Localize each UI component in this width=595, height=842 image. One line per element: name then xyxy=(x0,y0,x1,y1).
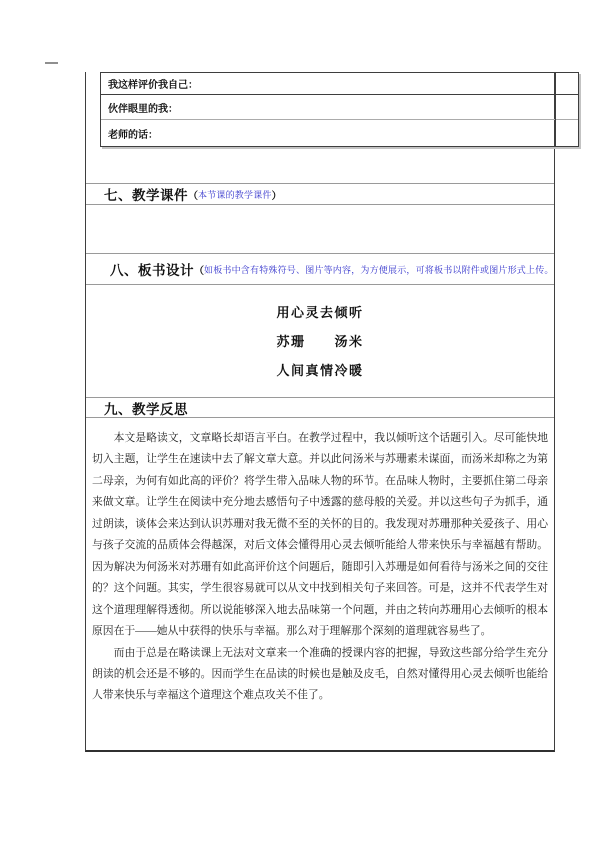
reflection-body: 本文是略读文，文章略长却语言平白。在教学过程中，我以倾听这个话题引入。尽可能快地… xyxy=(86,418,554,752)
section-courseware-header: 七、教学课件（本节课的教学课件） xyxy=(86,183,554,205)
reflection-paragraph: 而由于总是在略读课上无法对文章来一个准确的授课内容的把握，导致这些部分给学生充分… xyxy=(92,643,548,707)
board-line-theme: 人间真情冷暖 xyxy=(86,356,554,385)
teacher-words-label: 老师的话： xyxy=(108,126,158,141)
courseware-paren-open: （ xyxy=(188,187,198,202)
board-design-paren-open: （ xyxy=(194,262,204,277)
section-reflection-header: 九、教学反思 xyxy=(86,397,554,418)
evaluation-table: 我这样评价我自己： 伙伴眼里的我： 老师的话： xyxy=(100,72,579,147)
courseware-title: 七、教学课件 xyxy=(104,184,188,204)
partner-evaluation-row: 伙伴眼里的我： xyxy=(101,95,578,120)
board-design-note: 如板书中含有特殊符号、图片等内容，为方便展示，可将板书以附件或图片形式上传。 xyxy=(204,263,554,276)
section-board-design-header: 八、板书设计（如板书中含有特殊符号、图片等内容，为方便展示，可将板书以附件或图片… xyxy=(86,253,554,285)
page-top-left-tick xyxy=(45,62,58,64)
board-design-content: 用心灵去倾听 苏珊 汤米 人间真情冷暖 xyxy=(86,285,554,397)
reflection-title: 九、教学反思 xyxy=(104,398,188,418)
main-form-table: 七、教学课件（本节课的教学课件） 八、板书设计（如板书中含有特殊符号、图片等内容… xyxy=(85,72,555,752)
board-design-title: 八、板书设计 xyxy=(110,259,194,279)
partner-evaluation-label: 伙伴眼里的我： xyxy=(108,100,178,115)
courseware-note: 本节课的教学课件 xyxy=(198,188,272,201)
self-evaluation-row: 我这样评价我自己： xyxy=(101,73,578,95)
reflection-paragraph: 本文是略读文，文章略长却语言平白。在教学过程中，我以倾听这个话题引入。尽可能快地… xyxy=(92,428,548,643)
document-page: 七、教学课件（本节课的教学课件） 八、板书设计（如板书中含有特殊符号、图片等内容… xyxy=(0,0,595,842)
teacher-words-row: 老师的话： xyxy=(101,120,578,146)
evaluation-table-column-divider xyxy=(555,73,556,146)
self-evaluation-label: 我这样评价我自己： xyxy=(108,76,198,91)
courseware-content-area xyxy=(86,205,554,253)
board-line-characters: 苏珊 汤米 xyxy=(86,327,554,356)
courseware-paren-close: ） xyxy=(272,187,282,202)
board-line-lesson-title: 用心灵去倾听 xyxy=(86,298,554,327)
